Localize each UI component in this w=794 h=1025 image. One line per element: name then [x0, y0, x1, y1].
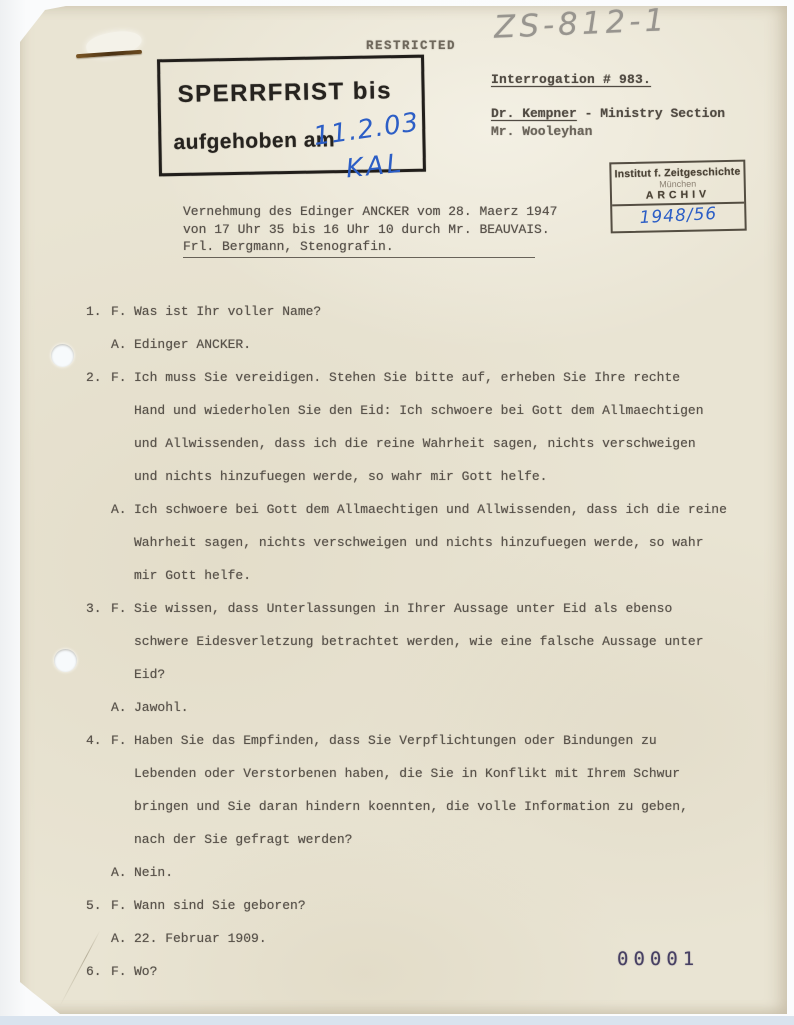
answer-text: Ich schwoere bei Gott dem Allmaechtigen …	[134, 493, 766, 592]
scanner-edge-strip	[0, 1016, 794, 1025]
punch-hole-top	[51, 344, 74, 367]
question-label: F.	[111, 724, 134, 757]
item-number: 3.	[86, 592, 111, 625]
intro-line2: von 17 Uhr 35 bis 16 Uhr 10 durch Mr. BE…	[183, 221, 557, 239]
answer-row: A. Edinger ANCKER.	[86, 328, 766, 361]
qa-item-3: 3. F. Sie wissen, dass Unterlassungen in…	[86, 592, 766, 724]
interrogation-number: Interrogation # 983.	[491, 72, 725, 87]
item-number: 4.	[86, 724, 111, 757]
archive-stamp: Institut f. Zeitgeschichte München ARCHI…	[609, 160, 746, 234]
question-label: F.	[111, 295, 134, 328]
sperrfrist-date-handwritten: 11.2.03	[312, 107, 421, 151]
classification-stamp: RESTRICTED	[366, 39, 456, 53]
question-text: Was ist Ihr voller Name?	[134, 295, 766, 328]
sperrfrist-stamp: SPERRFRIST bis aufgehoben am 11.2.03 KAL	[157, 55, 426, 177]
document-paper: RESTRICTED ZS-812-1 SPERRFRIST bis aufge…	[20, 6, 787, 1014]
question-row: 4. F. Haben Sie das Empfinden, dass Sie …	[86, 724, 766, 856]
question-row: 3. F. Sie wissen, dass Unterlassungen in…	[86, 592, 766, 691]
question-answer-list: 1. F. Was ist Ihr voller Name? A. Edinge…	[86, 295, 766, 988]
item-number: 5.	[86, 889, 111, 922]
answer-row: A. Ich schwoere bei Gott dem Allmaechtig…	[86, 493, 766, 592]
answer-text: Edinger ANCKER.	[134, 328, 766, 361]
page-number-stamp: 00001	[617, 948, 699, 970]
interrogator-section: - Ministry Section	[577, 106, 725, 121]
interrogator-name: Dr. Kempner	[491, 106, 577, 121]
question-label: F.	[111, 889, 134, 922]
qa-item-5: 5. F. Wann sind Sie geboren? A. 22. Febr…	[86, 889, 766, 955]
answer-label: A.	[111, 493, 134, 526]
intro-line1: Vernehmung des Edinger ANCKER vom 28. Ma…	[183, 203, 557, 221]
item-number: 6.	[86, 955, 111, 988]
qa-item-2: 2. F. Ich muss Sie vereidigen. Stehen Si…	[86, 361, 766, 592]
rust-staple-mark	[76, 50, 142, 59]
qa-item-1: 1. F. Was ist Ihr voller Name? A. Edinge…	[86, 295, 766, 361]
archive-number-handwritten: 1948/56	[612, 202, 745, 229]
sperrfrist-initials-handwritten: KAL	[344, 149, 405, 185]
question-label: F.	[111, 592, 134, 625]
answer-text: Jawohl.	[134, 691, 766, 724]
answer-label: A.	[111, 922, 134, 955]
interrogation-header: Interrogation # 983. Dr. Kempner - Minis…	[491, 72, 725, 139]
qa-item-4: 4. F. Haben Sie das Empfinden, dass Sie …	[86, 724, 766, 889]
second-interrogator-name: Mr. Wooleyhan	[491, 124, 725, 139]
question-label: F.	[111, 955, 134, 988]
sperrfrist-line1: SPERRFRIST bis	[177, 77, 392, 109]
answer-label: A.	[111, 856, 134, 889]
question-text: Wann sind Sie geboren?	[134, 889, 766, 922]
answer-label: A.	[111, 691, 134, 724]
punch-hole-bottom	[54, 649, 77, 672]
pencil-reference-number: ZS-812-1	[493, 2, 669, 46]
question-row: 1. F. Was ist Ihr voller Name?	[86, 295, 766, 328]
question-text: Haben Sie das Empfinden, dass Sie Verpfl…	[134, 724, 766, 856]
answer-label: A.	[111, 328, 134, 361]
answer-row: A. Nein.	[86, 856, 766, 889]
intro-line3-stenographer: Frl. Bergmann, Stenografin.	[183, 238, 535, 258]
answer-row: A. Jawohl.	[86, 691, 766, 724]
question-text: Ich muss Sie vereidigen. Stehen Sie bitt…	[134, 361, 766, 493]
question-row: 2. F. Ich muss Sie vereidigen. Stehen Si…	[86, 361, 766, 493]
item-number: 1.	[86, 295, 111, 328]
question-row: 5. F. Wann sind Sie geboren?	[86, 889, 766, 922]
question-label: F.	[111, 361, 134, 394]
sperrfrist-line2: aufgehoben am	[173, 128, 335, 155]
question-text: Sie wissen, dass Unterlassungen in Ihrer…	[134, 592, 766, 691]
scanned-document-page: { "doc": { "classification": "RESTRICTED…	[0, 0, 794, 1025]
interrogation-intro: Vernehmung des Edinger ANCKER vom 28. Ma…	[183, 203, 557, 258]
interrogator-line: Dr. Kempner - Ministry Section	[491, 106, 725, 121]
answer-text: Nein.	[134, 856, 766, 889]
item-number: 2.	[86, 361, 111, 394]
archive-label: ARCHIV	[612, 188, 744, 203]
